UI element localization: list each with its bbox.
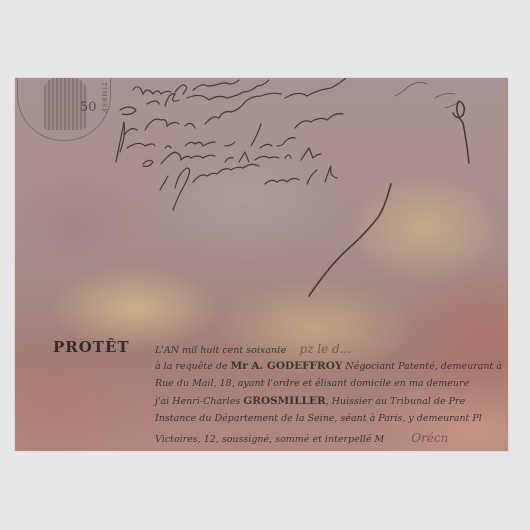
form-line-text: Négociant Patenté, demeurant à	[342, 361, 502, 372]
protet-title: PROTÊT	[53, 338, 130, 356]
bailiff-name: GROSMILLER	[243, 395, 325, 407]
form-line-text: Rue du Mail, 18, ayant l'ordre et élisan…	[155, 378, 469, 389]
form-line-text: j'ai Henri-Charles	[155, 396, 243, 407]
form-line-6: Victoires, 12, soussigné, sommé et inter…	[155, 431, 448, 445]
vintage-document-print: 50 TIMBRE PROTÊT L'AN mil huit cent soix…	[15, 78, 508, 451]
handwritten-date: pz le d...	[299, 342, 351, 356]
form-line-text: à la requête de	[155, 361, 231, 372]
form-line-text: Victoires, 12, soussigné, sommé et inter…	[155, 434, 384, 445]
form-line-text: L'AN mil huit cent soixante	[155, 345, 286, 356]
creditor-name: Mr A. GODEFFROY	[231, 360, 343, 372]
form-line-2: à la requête de Mr A. GODEFFROY Négocian…	[155, 360, 502, 372]
form-line-5: Instance du Département de la Seine, séa…	[155, 413, 482, 424]
form-line-text: , Huissier au Tribunal de Pre	[326, 396, 466, 407]
form-line-3: Rue du Mail, 18, ayant l'ordre et élisan…	[155, 378, 469, 389]
form-line-text: Instance du Département de la Seine, séa…	[155, 413, 482, 424]
form-line-1: L'AN mil huit cent soixante pz le d...	[155, 342, 351, 356]
form-line-4: j'ai Henri-Charles GROSMILLER, Huissier …	[155, 395, 465, 407]
handwritten-signature: Orécn	[411, 431, 448, 445]
